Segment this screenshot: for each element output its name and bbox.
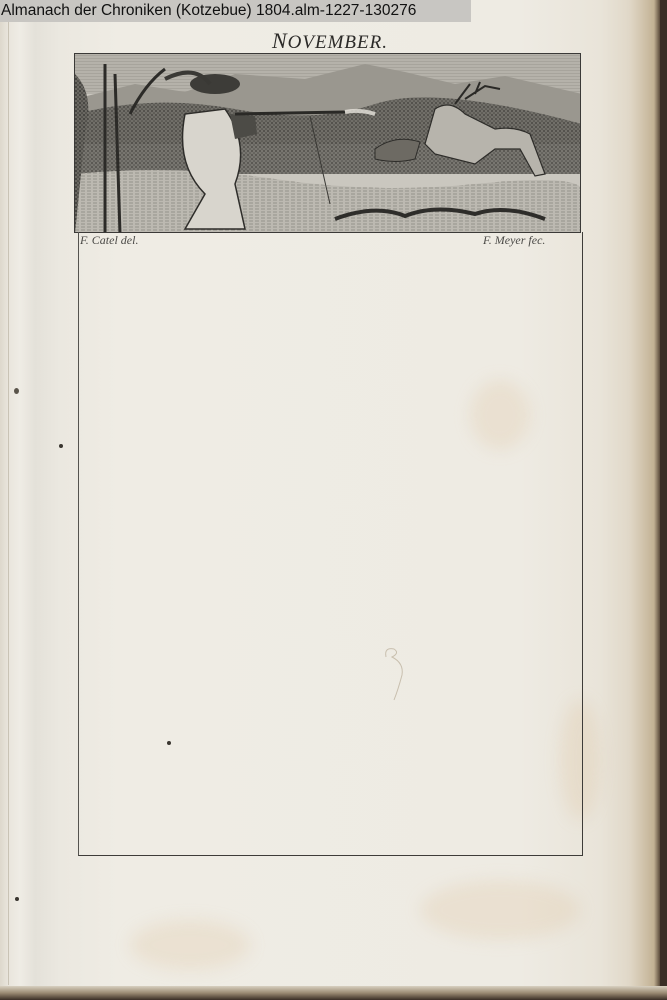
window-title: Almanach der Chroniken (Kotzebue) 1804.a…	[0, 0, 471, 22]
notes-frame	[78, 232, 583, 856]
ink-speck	[14, 388, 19, 394]
ink-speck	[167, 741, 171, 745]
page-edge-right	[630, 0, 660, 1000]
heading-initial: N	[272, 28, 288, 53]
ink-speck	[15, 897, 19, 901]
foxing-stain	[420, 880, 580, 940]
page-heading: NOVEMBER.	[0, 28, 660, 54]
foxing-stain	[130, 920, 250, 970]
hunting-engraving	[74, 53, 581, 233]
faint-pencil-mark	[382, 645, 412, 705]
gutter-fold	[8, 20, 9, 985]
heading-rest: OVEMBER.	[288, 32, 388, 53]
ink-speck	[59, 444, 63, 448]
engraving-illustration	[75, 54, 581, 233]
page-edge-bottom	[0, 986, 667, 1000]
